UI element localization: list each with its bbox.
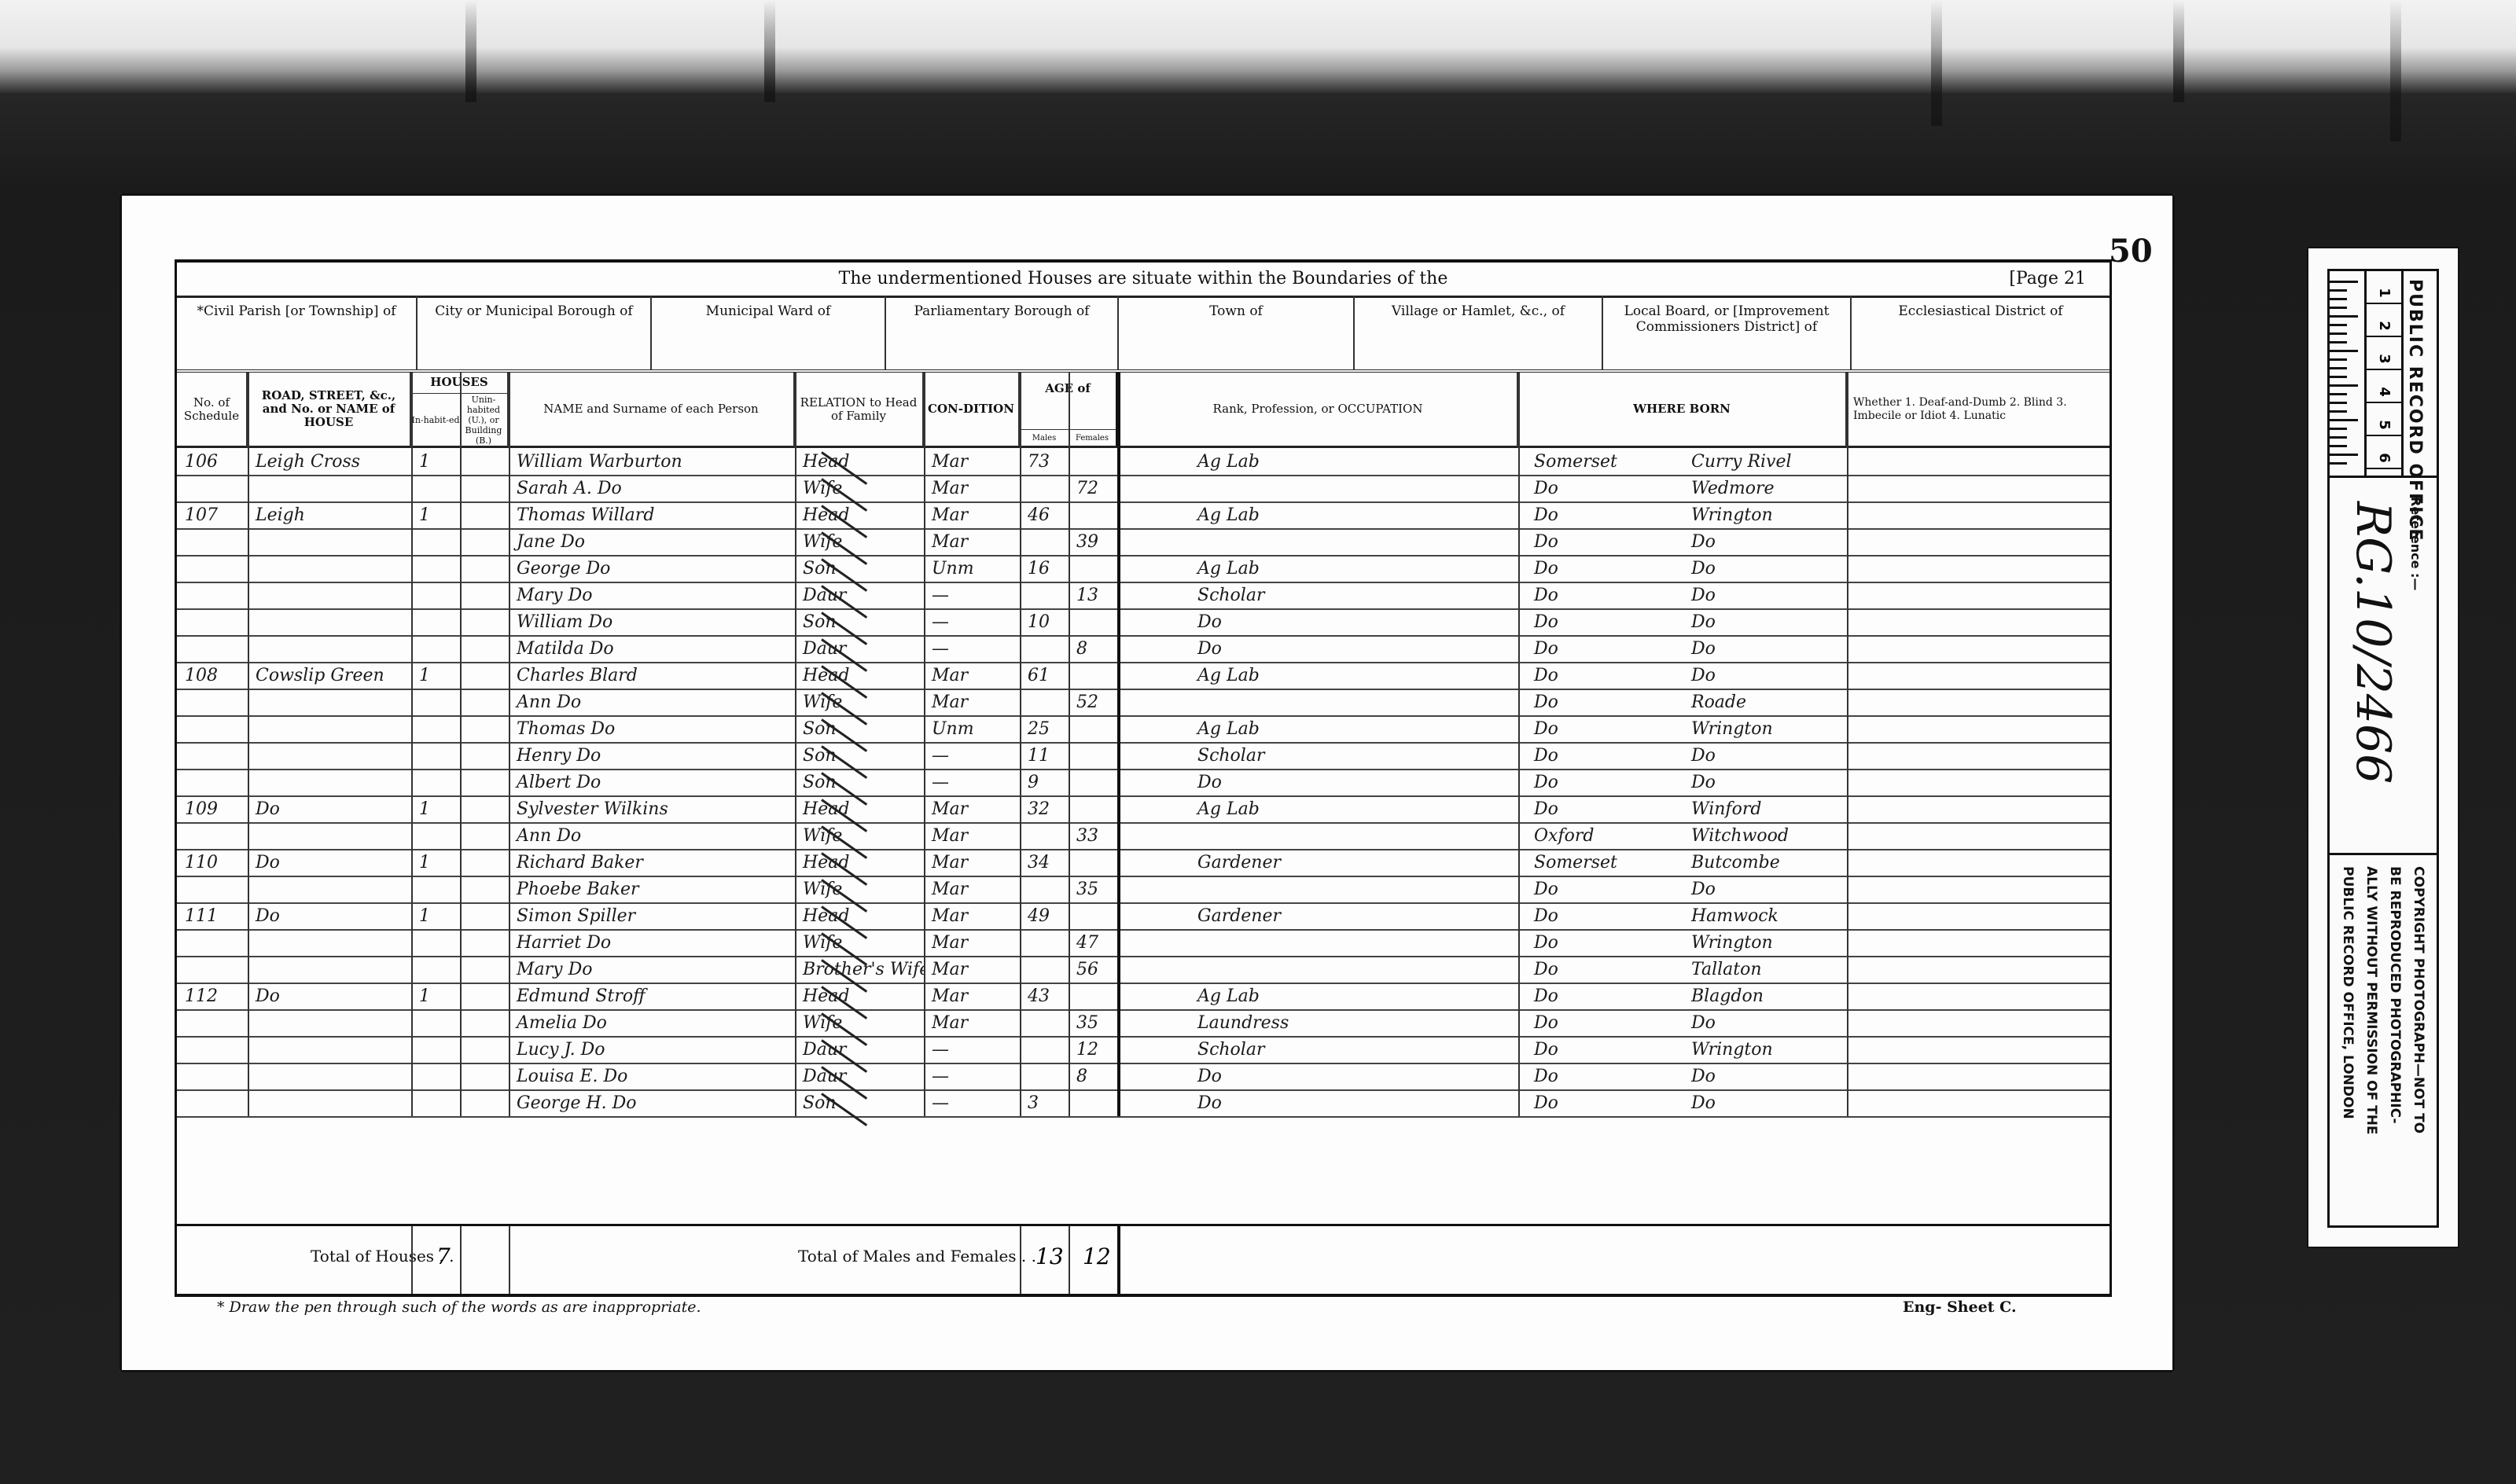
cell-female-age <box>1069 742 1119 769</box>
ruler-tick <box>2330 298 2347 300</box>
cell-born-place: Curry Rivel <box>1675 448 1847 475</box>
cell-born-county: Do <box>1518 1063 1675 1089</box>
cell-female-age: 12 <box>1069 1036 1119 1063</box>
cell-born-county: Somerset <box>1518 849 1675 876</box>
copyright-notice: COPYRIGHT PHOTOGRAPH—NOT TOBE REPRODUCED… <box>2336 866 2430 1135</box>
cell-condition: — <box>924 1063 1020 1089</box>
cell-relation: Son <box>795 769 924 795</box>
divider <box>411 1226 413 1294</box>
cell-schedule: 112 <box>177 983 248 1009</box>
ruler-number: 4 <box>2376 387 2393 397</box>
cell-schedule <box>177 608 248 635</box>
cell-born-county: Do <box>1518 582 1675 608</box>
cell-schedule <box>177 1089 248 1116</box>
cell-condition: — <box>924 1036 1020 1063</box>
cell-road <box>248 876 411 902</box>
cell-born-county: Do <box>1518 795 1675 822</box>
table-row: Ann DoWifeMar33OxfordWitchwood <box>177 822 2110 850</box>
column-divider <box>1020 373 1021 1116</box>
cell-born-place: Do <box>1675 1009 1847 1036</box>
ruler-number-strip: 123456 <box>2367 271 2404 476</box>
cell-condition: — <box>924 1089 1020 1116</box>
cell-relation: Son <box>795 1089 924 1116</box>
cell-name: Jane Do <box>509 528 795 555</box>
cell-schedule <box>177 956 248 983</box>
ruler-tick <box>2330 376 2347 378</box>
cell-condition: Mar <box>924 689 1020 715</box>
cell-male-age <box>1020 689 1069 715</box>
copyright-line: ALLY WITHOUT PERMISSION OF THE <box>2360 866 2383 1135</box>
cell-uninhabited <box>460 876 509 902</box>
cell-condition: Mar <box>924 983 1020 1009</box>
total-females: 12 <box>1083 1243 1111 1269</box>
boundary-municipal-ward: Municipal Ward of <box>652 296 886 369</box>
cell-road: Leigh <box>248 501 411 528</box>
ruler-tick <box>2330 419 2358 421</box>
cell-male-age <box>1020 1009 1069 1036</box>
cell-female-age: 47 <box>1069 929 1119 956</box>
cell-inhabited: 1 <box>411 983 460 1009</box>
cell-name: George H. Do <box>509 1089 795 1116</box>
cell-male-age <box>1020 822 1069 849</box>
cell-condition: Mar <box>924 662 1020 689</box>
ruler-tick <box>2330 341 2347 343</box>
footnote: * Draw the pen through such of the words… <box>217 1298 701 1316</box>
cell-born-county: Somerset <box>1518 448 1675 475</box>
cell-condition: Mar <box>924 849 1020 876</box>
cell-born-county: Do <box>1518 475 1675 501</box>
total-males: 13 <box>1035 1243 1064 1269</box>
cell-born-county: Do <box>1518 1009 1675 1036</box>
cell-male-age: 49 <box>1020 902 1069 929</box>
cell-occupation: Ag Lab <box>1119 795 1518 822</box>
cell-road <box>248 1089 411 1116</box>
cell-schedule <box>177 1063 248 1089</box>
background-streak <box>764 0 775 102</box>
cell-born-place: Do <box>1675 769 1847 795</box>
cell-born-county: Do <box>1518 956 1675 983</box>
ruler-tick <box>2330 315 2358 318</box>
cell-female-age: 13 <box>1069 582 1119 608</box>
cell-inhabited: 1 <box>411 902 460 929</box>
cell-schedule <box>177 555 248 582</box>
age-label: AGE of <box>1045 382 1091 395</box>
cell-born-place: Do <box>1675 1089 1847 1116</box>
cell-condition: Mar <box>924 795 1020 822</box>
cell-inhabited <box>411 689 460 715</box>
ruler-number: 2 <box>2376 321 2393 331</box>
cell-condition: Mar <box>924 475 1020 501</box>
cell-born-place: Hamwock <box>1675 902 1847 929</box>
cell-born-place: Do <box>1675 528 1847 555</box>
background-streak <box>2390 0 2401 141</box>
cell-road: Do <box>248 902 411 929</box>
table-row: 106Leigh Cross1William WarburtonHeadMar7… <box>177 448 2110 476</box>
cell-name: Ann Do <box>509 822 795 849</box>
cell-occupation: Do <box>1119 1089 1518 1116</box>
sheet-number: 50 <box>2109 233 2153 270</box>
ruler-cell: 1 <box>2367 271 2401 304</box>
cell-inhabited <box>411 876 460 902</box>
cell-condition: — <box>924 608 1020 635</box>
cell-male-age <box>1020 1063 1069 1089</box>
cell-occupation: Gardener <box>1119 849 1518 876</box>
cell-road <box>248 608 411 635</box>
cell-name: Thomas Willard <box>509 501 795 528</box>
ruler-tick <box>2330 367 2347 369</box>
table-row: Albert DoSon—9DoDoDo <box>177 769 2110 797</box>
cell-schedule: 110 <box>177 849 248 876</box>
cell-uninhabited <box>460 1089 509 1116</box>
cell-schedule: 106 <box>177 448 248 475</box>
cell-name: Lucy J. Do <box>509 1036 795 1063</box>
cell-born-place: Wrington <box>1675 929 1847 956</box>
reference-box: Reference :— RG.10/2466 <box>2330 476 2437 847</box>
cell-born-county: Do <box>1518 689 1675 715</box>
cell-occupation: Scholar <box>1119 582 1518 608</box>
table-row: Thomas DoSonUnm25Ag LabDoWrington <box>177 715 2110 744</box>
cell-relation: Head <box>795 849 924 876</box>
cell-relation: Head <box>795 448 924 475</box>
cell-occupation: Ag Lab <box>1119 448 1518 475</box>
cell-inhabited <box>411 929 460 956</box>
boundary-parliamentary-borough: Parliamentary Borough of <box>886 296 1119 369</box>
cell-born-place: Roade <box>1675 689 1847 715</box>
cell-female-age: 72 <box>1069 475 1119 501</box>
cell-road <box>248 528 411 555</box>
cell-name: Richard Baker <box>509 849 795 876</box>
ruler-number: 1 <box>2376 288 2393 298</box>
cell-condition: — <box>924 742 1020 769</box>
divider <box>509 1226 510 1294</box>
ruler-tick <box>2330 428 2347 430</box>
cell-inhabited <box>411 1009 460 1036</box>
cell-occupation: Do <box>1119 769 1518 795</box>
cell-born-county: Do <box>1518 1089 1675 1116</box>
cell-female-age: 52 <box>1069 689 1119 715</box>
cell-born-county: Do <box>1518 635 1675 662</box>
cell-uninhabited <box>460 929 509 956</box>
cell-road <box>248 929 411 956</box>
cell-uninhabited <box>460 1063 509 1089</box>
cell-condition: — <box>924 635 1020 662</box>
cell-uninhabited <box>460 822 509 849</box>
cell-name: Sarah A. Do <box>509 475 795 501</box>
cell-inhabited <box>411 822 460 849</box>
cell-born-place: Do <box>1675 1063 1847 1089</box>
cell-road <box>248 1009 411 1036</box>
ruler-tick <box>2330 289 2347 292</box>
cell-name: William Warburton <box>509 448 795 475</box>
cell-inhabited: 1 <box>411 448 460 475</box>
cell-born-place: Wrington <box>1675 501 1847 528</box>
cell-born-place: Wrington <box>1675 1036 1847 1063</box>
cell-uninhabited <box>460 501 509 528</box>
cell-occupation: Ag Lab <box>1119 555 1518 582</box>
cell-inhabited <box>411 956 460 983</box>
cell-inhabited <box>411 608 460 635</box>
cell-inhabited <box>411 582 460 608</box>
table-row: Phoebe BakerWifeMar35DoDo <box>177 876 2110 904</box>
cell-male-age: 32 <box>1020 795 1069 822</box>
cell-born-place: Blagdon <box>1675 983 1847 1009</box>
totals-row: Total of Houses . . 7 Total of Males and… <box>177 1224 2110 1294</box>
table-row: 109Do1Sylvester WilkinsHeadMar32Ag LabDo… <box>177 795 2110 824</box>
col-name: NAME and Surname of each Person <box>509 373 795 448</box>
cell-road <box>248 742 411 769</box>
cell-schedule: 107 <box>177 501 248 528</box>
cell-born-place: Do <box>1675 608 1847 635</box>
ruler-tick <box>2330 358 2347 361</box>
ruler-tick <box>2330 462 2347 465</box>
cell-female-age: 39 <box>1069 528 1119 555</box>
cell-female-age <box>1069 902 1119 929</box>
cell-female-age <box>1069 501 1119 528</box>
column-divider <box>411 373 413 1116</box>
cell-male-age: 3 <box>1020 1089 1069 1116</box>
cell-condition: Mar <box>924 528 1020 555</box>
total-houses-value: 7 <box>436 1243 451 1269</box>
cell-male-age <box>1020 582 1069 608</box>
cell-born-place: Witchwood <box>1675 822 1847 849</box>
cell-name: Albert Do <box>509 769 795 795</box>
ruler-number: 3 <box>2376 354 2393 364</box>
cell-inhabited: 1 <box>411 795 460 822</box>
cell-uninhabited <box>460 608 509 635</box>
cell-occupation: Gardener <box>1119 902 1518 929</box>
cell-female-age <box>1069 715 1119 742</box>
ruler-tick <box>2330 454 2358 456</box>
cell-born-county: Do <box>1518 555 1675 582</box>
cell-condition: — <box>924 769 1020 795</box>
cell-occupation <box>1119 956 1518 983</box>
table-row: Jane DoWifeMar39DoDo <box>177 528 2110 556</box>
cell-schedule <box>177 715 248 742</box>
cell-female-age: 33 <box>1069 822 1119 849</box>
cell-inhabited <box>411 1063 460 1089</box>
col-occupation: Rank, Profession, or OCCUPATION <box>1119 373 1518 448</box>
cell-inhabited <box>411 715 460 742</box>
col-schedule: No. of Schedule <box>177 373 248 448</box>
cell-schedule: 109 <box>177 795 248 822</box>
cell-occupation: Scholar <box>1119 1036 1518 1063</box>
column-divider <box>1518 373 1520 1116</box>
cell-name: Phoebe Baker <box>509 876 795 902</box>
cell-male-age: 73 <box>1020 448 1069 475</box>
cell-occupation: Laundress <box>1119 1009 1518 1036</box>
cell-male-age: 16 <box>1020 555 1069 582</box>
sheet-code: Eng- Sheet C. <box>1903 1298 2017 1316</box>
cell-schedule: 108 <box>177 662 248 689</box>
cell-relation: Daur <box>795 635 924 662</box>
cell-road <box>248 555 411 582</box>
copyright-line: COPYRIGHT PHOTOGRAPH—NOT TO <box>2407 866 2430 1135</box>
cell-relation: Daur <box>795 1063 924 1089</box>
ruler <box>2330 271 2367 476</box>
cell-road: Do <box>248 849 411 876</box>
cell-relation: Son <box>795 742 924 769</box>
reference-label: Reference :— <box>2408 497 2423 590</box>
cell-born-place: Do <box>1675 582 1847 608</box>
cell-female-age <box>1069 983 1119 1009</box>
total-persons-label: Total of Males and Females . . <box>798 1247 1036 1265</box>
cell-uninhabited <box>460 769 509 795</box>
cell-uninhabited <box>460 795 509 822</box>
cell-schedule <box>177 635 248 662</box>
divider <box>460 1226 462 1294</box>
cell-inhabited <box>411 1089 460 1116</box>
cell-born-place: Tallaton <box>1675 956 1847 983</box>
cell-condition: Mar <box>924 501 1020 528</box>
background-streak <box>1931 0 1942 126</box>
cell-name: Thomas Do <box>509 715 795 742</box>
col-relation: RELATION to Head of Family <box>795 373 924 448</box>
cell-schedule <box>177 475 248 501</box>
cell-female-age <box>1069 1089 1119 1116</box>
col-infirmity: Whether 1. Deaf-and-Dumb 2. Blind 3. Imb… <box>1847 373 2110 448</box>
column-divider <box>1847 373 1848 1116</box>
cell-name: Henry Do <box>509 742 795 769</box>
cell-uninhabited <box>460 635 509 662</box>
table-row: 108Cowslip Green1Charles BlardHeadMar61A… <box>177 662 2110 690</box>
cell-occupation: Do <box>1119 1063 1518 1089</box>
cell-born-county: Do <box>1518 769 1675 795</box>
cell-name: Simon Spiller <box>509 902 795 929</box>
ruler-tick <box>2330 436 2347 439</box>
cell-relation: Wife <box>795 528 924 555</box>
cell-male-age <box>1020 635 1069 662</box>
cell-uninhabited <box>460 662 509 689</box>
column-divider <box>248 373 249 1116</box>
cell-born-place: Do <box>1675 662 1847 689</box>
cell-relation: Wife <box>795 689 924 715</box>
cell-condition: Mar <box>924 902 1020 929</box>
cell-schedule <box>177 769 248 795</box>
cell-condition: Mar <box>924 929 1020 956</box>
cell-road <box>248 1036 411 1063</box>
form-title: The undermentioned Houses are situate wi… <box>177 263 2110 298</box>
cell-occupation: Do <box>1119 635 1518 662</box>
cell-schedule <box>177 1009 248 1036</box>
cell-inhabited <box>411 742 460 769</box>
cell-uninhabited <box>460 983 509 1009</box>
reference-value: RG.10/2466 <box>2345 501 2400 784</box>
ruler-tick <box>2330 410 2347 413</box>
cell-born-county: Do <box>1518 902 1675 929</box>
cell-male-age: 34 <box>1020 849 1069 876</box>
cell-schedule <box>177 582 248 608</box>
public-record-office-label: 123456 PUBLIC RECORD OFFICE Reference :—… <box>2308 248 2458 1247</box>
cell-occupation: Ag Lab <box>1119 662 1518 689</box>
cell-born-place: Do <box>1675 742 1847 769</box>
cell-born-place: Do <box>1675 555 1847 582</box>
cell-female-age: 56 <box>1069 956 1119 983</box>
cell-schedule <box>177 822 248 849</box>
cell-occupation <box>1119 475 1518 501</box>
cell-occupation <box>1119 822 1518 849</box>
boundary-town: Town of <box>1119 296 1355 369</box>
cell-relation: Son <box>795 715 924 742</box>
divider <box>1117 1226 1120 1294</box>
table-row: Ann DoWifeMar52DoRoade <box>177 689 2110 717</box>
ruler-tick <box>2330 281 2358 283</box>
cell-occupation <box>1119 876 1518 902</box>
cell-inhabited: 1 <box>411 662 460 689</box>
boundary-village: Village or Hamlet, &c., of <box>1355 296 1603 369</box>
cell-uninhabited <box>460 1036 509 1063</box>
ruler-tick <box>2330 393 2347 395</box>
cell-male-age: 10 <box>1020 608 1069 635</box>
cell-occupation <box>1119 689 1518 715</box>
cell-relation: Wife <box>795 1009 924 1036</box>
cell-relation: Wife <box>795 475 924 501</box>
cell-road <box>248 822 411 849</box>
census-form: The undermentioned Houses are situate wi… <box>175 259 2112 1297</box>
cell-relation: Wife <box>795 876 924 902</box>
cell-uninhabited <box>460 555 509 582</box>
cell-road <box>248 956 411 983</box>
cell-schedule <box>177 689 248 715</box>
cell-male-age: 43 <box>1020 983 1069 1009</box>
boundary-row: *Civil Parish [or Township] of City or M… <box>177 296 2110 373</box>
cell-male-age <box>1020 956 1069 983</box>
cell-name: William Do <box>509 608 795 635</box>
cell-born-county: Do <box>1518 742 1675 769</box>
cell-name: Sylvester Wilkins <box>509 795 795 822</box>
cell-name: Ann Do <box>509 689 795 715</box>
cell-uninhabited <box>460 582 509 608</box>
cell-condition: Mar <box>924 822 1020 849</box>
cell-male-age: 61 <box>1020 662 1069 689</box>
cell-born-county: Do <box>1518 662 1675 689</box>
cell-born-place: Butcombe <box>1675 849 1847 876</box>
table-row: 110Do1Richard BakerHeadMar34GardenerSome… <box>177 849 2110 877</box>
cell-road <box>248 715 411 742</box>
cell-schedule <box>177 528 248 555</box>
cell-inhabited <box>411 555 460 582</box>
cell-condition: — <box>924 582 1020 608</box>
cell-born-county: Do <box>1518 1036 1675 1063</box>
table-row: Amelia DoWifeMar35LaundressDoDo <box>177 1009 2110 1038</box>
cell-condition: Mar <box>924 448 1020 475</box>
cell-road: Do <box>248 795 411 822</box>
cell-name: Mary Do <box>509 956 795 983</box>
cell-born-county: Do <box>1518 501 1675 528</box>
boundary-ecclesiastical: Ecclesiastical District of <box>1852 296 2110 369</box>
cell-female-age <box>1069 662 1119 689</box>
cell-uninhabited <box>460 475 509 501</box>
cell-name: Louisa E. Do <box>509 1063 795 1089</box>
cell-male-age: 25 <box>1020 715 1069 742</box>
page-label: [Page 21 <box>2009 263 2086 296</box>
cell-female-age <box>1069 448 1119 475</box>
cell-born-county: Do <box>1518 608 1675 635</box>
cell-schedule <box>177 742 248 769</box>
column-divider <box>1117 373 1120 1116</box>
cell-uninhabited <box>460 528 509 555</box>
cell-road: Do <box>248 983 411 1009</box>
cell-inhabited <box>411 769 460 795</box>
table-row: William DoSon—10DoDoDo <box>177 608 2110 637</box>
cell-uninhabited <box>460 448 509 475</box>
col-uninhabited: Unin-habited (U.), or Building (B.) <box>460 393 507 446</box>
cell-condition: Unm <box>924 555 1020 582</box>
cell-occupation <box>1119 528 1518 555</box>
divider <box>1069 1226 1070 1294</box>
cell-relation: Head <box>795 902 924 929</box>
cell-name: Charles Blard <box>509 662 795 689</box>
col-inhabited: In-habit-ed <box>411 393 461 446</box>
